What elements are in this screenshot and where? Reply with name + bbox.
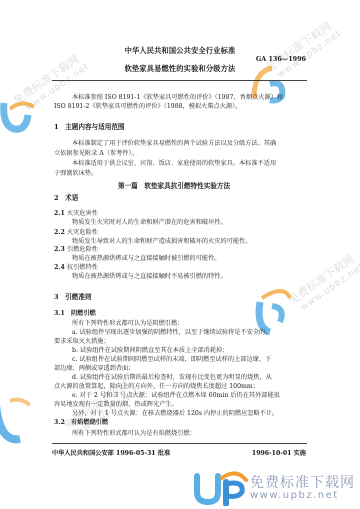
section-3-heading: 3 引燃准则 [54, 291, 92, 301]
section-1-heading: 1 主题内容与适用范围 [54, 121, 125, 131]
up-logo-icon [0, 95, 36, 145]
preface-line: 本标准参照 ISO 8191-1《软垫家具可燃性的评价》（1987，香烟点火源）… [72, 94, 283, 101]
site-brand-logo: 免费标准下载网 www.upbz.net [192, 470, 360, 506]
paragraph-line: 于弹簧软床垫。 [54, 170, 97, 177]
paragraph-line: 本标准适用于供会议室、宾馆、饭店、家庭使用的软垫家具。本标准不适用 [72, 160, 276, 167]
paragraph-line: 所有下列特性形式都可认为是阴燃引燃： [72, 320, 183, 327]
criterion-d: 点火源的放置算起，除向上的方向外，任一方向的烧焦长度超过 100mm； [54, 383, 259, 390]
term-name: 引燃危险性 [67, 246, 98, 253]
term-definition: 物质在被热源烘烤或与之直接接触时被引燃的可能性。 [72, 255, 221, 262]
up-logo-icon [192, 470, 248, 506]
term-number: 2.3 [54, 246, 65, 253]
section-2-heading: 2 术语 [54, 192, 78, 202]
up-logo-icon [0, 395, 30, 450]
effective-date: 1996-10-01 实施 [252, 448, 306, 457]
term-name: 抗引燃特性 [67, 264, 98, 271]
standard-category: 中华人民共和国公共安全行业标准 [0, 46, 360, 56]
criterion-e: e. 对于 2 号和 3 号点火源：试验组件在点燃木垛 60min 后仍在其外部… [72, 392, 280, 399]
part-title: 第一篇 软垫家具抗引燃特性实验方法 [118, 180, 230, 190]
term-definition: 物质在被热源烘烤或与之直接接触时不易被引燃的特性。 [72, 273, 227, 280]
criterion-c: c. 试验组件在试验期间阴燃至试样的末端，即阴燃至试样的上部边缘、下 [72, 356, 271, 363]
issuer-line: 中华人民共和国公安部 1996-05-31 批准 [52, 448, 170, 457]
term-number: 2.2 [54, 229, 65, 236]
preface-line: ISO 8191-2《软垫家具可燃性的评价》（1988，模拟火柴点火源）。 [54, 103, 241, 110]
criterion-a: a. 试验组件呈现出逐步加强的阴燃特性，以至于继续试验将是不安全的， [72, 329, 271, 336]
document-page: 免费标准下载网 www.upbz.net 免费标准下载网 www.upbz.ne… [0, 0, 360, 509]
paragraph-line: 所有下列特性形式都可认为是有焰燃烧引燃： [72, 430, 196, 437]
paragraph-line: 本标准制定了用于评价软垫家具易燃性的两个试验方法以及分级方法。其确 [72, 140, 276, 147]
footer-divider [52, 443, 307, 444]
term-name: 火灾危险性 [67, 229, 98, 236]
criterion-e: 容易地发现有一定数量的烟、热或辉光产生。 [54, 401, 178, 408]
subsection-heading: 3.2 有焰燃烧引燃 [54, 419, 108, 426]
criterion-a: 要求采取灭火措施； [54, 338, 110, 345]
site-name: 免费标准下载网 [250, 472, 355, 492]
header-divider [52, 80, 307, 81]
criterion-d: d. 试验组件在试验后期的最后检查时，发现有比变色更为明显的烧焦，从 [72, 374, 272, 381]
document-title: 软垫家具易燃性的实验和分级方法 [0, 64, 360, 74]
term-number: 2.1 [54, 210, 65, 217]
term-number: 2.4 [54, 264, 65, 271]
term-definition: 物质发生火灾时对人的生命和财产潜在的危害和破坏性。 [72, 219, 227, 226]
criterion-note: 另外，对于 1 号点火源：在移去燃烧器后 120s 内停止的阴燃应忽略不计。 [72, 410, 278, 417]
term-definition: 物质发生导致对人的生命和财产造成损害和破坏的火灾的可能性。 [72, 238, 251, 245]
standard-number: GA 136—1996 [256, 55, 306, 63]
subsection-heading: 3.1 阴燃引燃 [54, 310, 96, 317]
criterion-c: 部边缘、两侧或穿透到背面； [54, 365, 134, 372]
paragraph-line: 立依据参见附录 A（参考件）。 [54, 150, 138, 157]
site-url: www.upbz.net [250, 490, 339, 501]
criterion-b: b. 试验组件在试验期间阴燃直至其在本质上全部消耗掉； [72, 347, 228, 354]
term-name: 火灾危害性 [67, 210, 98, 217]
